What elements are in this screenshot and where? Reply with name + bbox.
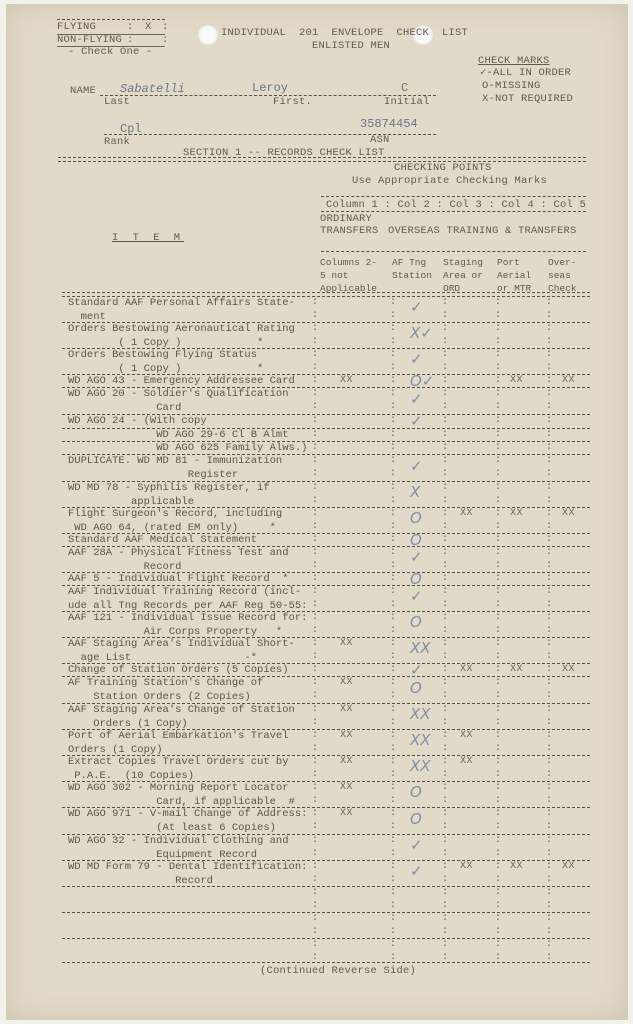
column-separator: : <box>546 926 552 938</box>
column-separator: : <box>390 482 396 494</box>
column-separator: : <box>390 677 396 689</box>
check-mark-c3: XX <box>460 664 473 675</box>
column-separator: : <box>495 612 501 624</box>
check-mark-c2: O <box>410 615 422 630</box>
column-separator: : <box>442 848 448 860</box>
column-separator: : <box>312 874 318 886</box>
column-separator: : <box>390 952 396 964</box>
column-separator: : <box>442 508 448 520</box>
table-row-item: Orders Bestowing Aeronautical Rating ( 1… <box>68 323 295 350</box>
initial-label: Initial <box>384 96 430 108</box>
col2to5-group-header: OVERSEAS TRAINING & TRANSFERS <box>388 225 577 237</box>
column-separator: : <box>546 442 552 454</box>
column-separator: : <box>442 861 448 873</box>
column-separator: : <box>442 521 448 533</box>
column-separator: : <box>495 468 501 480</box>
column-separator: : <box>390 821 396 833</box>
column-separator: : <box>442 704 448 716</box>
column-separator: : <box>442 808 448 820</box>
table-row-item: Flight Surgeon's Record, including WD AG… <box>68 508 282 535</box>
check-mark-c4: XX <box>510 375 523 386</box>
item-column-header: I T E M <box>112 232 184 244</box>
column-separator: : <box>546 638 552 650</box>
column-separator: : <box>495 310 501 322</box>
col1-header: Columns 2- 5 not Applicable <box>320 256 377 295</box>
check-mark-c1: XX <box>340 782 353 793</box>
column-separator: : <box>442 677 448 689</box>
check-mark-c2: ✓ <box>410 392 423 407</box>
legend-item-all-in-order: ✓-ALL IN ORDER <box>480 67 571 79</box>
column-separator: : <box>390 442 396 454</box>
section-divider <box>58 157 586 162</box>
column-separator: : <box>312 638 318 650</box>
column-separator: : <box>390 874 396 886</box>
column-separator: : <box>390 717 396 729</box>
check-mark-c2: X <box>410 485 420 500</box>
last-label: Last <box>104 96 130 108</box>
column-separator: : <box>312 926 318 938</box>
column-separator: : <box>390 297 396 309</box>
last-name-value: Sabatelli <box>120 82 185 96</box>
column-separator: : <box>312 743 318 755</box>
column-separator: : <box>390 848 396 860</box>
column-separator: : <box>390 926 396 938</box>
check-mark-c2: X✓ <box>410 326 433 341</box>
column-separator: : <box>390 861 396 873</box>
column-separator: : <box>495 756 501 768</box>
check-mark-c5: XX <box>562 664 575 675</box>
column-separator: : <box>495 848 501 860</box>
column-separator: : <box>546 468 552 480</box>
column-separator: : <box>546 521 552 533</box>
column-separator: : <box>312 573 318 585</box>
legend-item-not-required: X-NOT REQUIRED <box>482 93 573 105</box>
column-separator: : <box>442 612 448 624</box>
column-separator: : <box>546 508 552 520</box>
column-separator: : <box>442 651 448 663</box>
column-separator: : <box>442 900 448 912</box>
column-separator: : <box>312 704 318 716</box>
check-mark-c2: XX <box>410 707 431 722</box>
table-row-item: WD AGO 43 - Emergency Addressee Card <box>68 375 295 389</box>
column-separator: : <box>546 887 552 899</box>
table-row-item: DUPLICATE. WD MD 81 - Immunization Regis… <box>68 455 282 482</box>
column-separator: : <box>442 468 448 480</box>
column-separator: : <box>312 375 318 387</box>
column-separator: : <box>495 913 501 925</box>
check-mark-c2: O <box>410 572 422 587</box>
column-separator: : <box>442 429 448 441</box>
column-separator: : <box>312 415 318 427</box>
column-separator: : <box>495 861 501 873</box>
column-separator: : <box>495 375 501 387</box>
check-mark-c2: ✓ <box>410 550 423 565</box>
column-separator: : <box>312 848 318 860</box>
column-separator: : <box>442 388 448 400</box>
column-separator: : <box>390 756 396 768</box>
column-separator: : <box>312 401 318 413</box>
column-separator: : <box>390 388 396 400</box>
column-separator: : <box>390 508 396 520</box>
column-separator: : <box>495 415 501 427</box>
column-separator: : <box>546 756 552 768</box>
check-mark-c2: XX <box>410 641 431 656</box>
divider <box>321 251 586 252</box>
check-mark-c1: XX <box>340 677 353 688</box>
flying-label: FLYING <box>57 21 96 33</box>
column-separator: : <box>546 310 552 322</box>
column-separator: : <box>312 297 318 309</box>
column-separator: : <box>442 482 448 494</box>
column-separator: : <box>312 677 318 689</box>
column-separator: : <box>495 388 501 400</box>
first-label: First. <box>273 96 312 108</box>
column-separator: : <box>442 835 448 847</box>
column-separator: : <box>495 336 501 348</box>
column-separator: : <box>546 547 552 559</box>
checking-instruction: Use Appropriate Checking Marks <box>352 175 547 187</box>
column-separator: : <box>495 835 501 847</box>
column-separator: : <box>442 415 448 427</box>
column-separator: : <box>312 612 318 624</box>
column-separator: : <box>495 349 501 361</box>
column-separator: : <box>390 429 396 441</box>
check-mark-c1: XX <box>340 730 353 741</box>
check-mark-c3: XX <box>460 756 473 767</box>
column-separator: : <box>442 323 448 335</box>
table-row-item: WD AGO 32 - Individual Clothing and Equi… <box>68 835 289 862</box>
check-mark-c3: XX <box>460 730 473 741</box>
column-separator: : <box>495 769 501 781</box>
check-mark-c5: XX <box>562 861 575 872</box>
column-separator: : <box>495 429 501 441</box>
column-separator: : <box>495 547 501 559</box>
column-separator: : <box>546 560 552 572</box>
check-mark-c5: XX <box>562 508 575 519</box>
column-separator: : <box>495 717 501 729</box>
column-separator: : <box>390 664 396 676</box>
col2-header: AF Tng Station <box>392 256 432 282</box>
divider <box>321 211 586 212</box>
column-separator: : <box>312 349 318 361</box>
column-separator: : <box>442 349 448 361</box>
check-mark-c1: XX <box>340 375 353 386</box>
column-separator: : <box>442 336 448 348</box>
table-row-item: AAF Staging Area's Change of Station Ord… <box>68 704 295 731</box>
check-mark-c2: O <box>410 785 422 800</box>
column-separator: : <box>546 362 552 374</box>
column-separator: : <box>442 455 448 467</box>
check-mark-c1: XX <box>340 808 353 819</box>
column-separator: : <box>390 913 396 925</box>
column-separator: : <box>546 336 552 348</box>
column-separator: : <box>495 926 501 938</box>
column-separator: : <box>312 952 318 964</box>
table-row-item: Standard AAF Personal Affairs State- men… <box>68 297 295 324</box>
column-separator: : <box>390 336 396 348</box>
column-separator: : <box>495 482 501 494</box>
column-separator: : <box>546 323 552 335</box>
asn-label: ASN <box>370 134 390 146</box>
check-mark-c1: XX <box>340 756 353 767</box>
check-mark-c2: ✓ <box>410 589 423 604</box>
check-mark-c2: ✓ <box>410 459 423 474</box>
column-separator: : <box>390 638 396 650</box>
column-separator: : <box>495 821 501 833</box>
column-separator: : <box>312 690 318 702</box>
column-separator: : <box>546 401 552 413</box>
column-separator: : <box>312 651 318 663</box>
column-separator: : <box>546 952 552 964</box>
column-separator: : <box>390 782 396 794</box>
table-row-item: Port of Aerial Embarkation's Travel Orde… <box>68 730 289 757</box>
column-separator: : <box>390 586 396 598</box>
table-row-item: Change of Station Orders (5 Copies) <box>68 664 289 678</box>
check-mark-c4: XX <box>510 664 523 675</box>
column-separator: : <box>442 821 448 833</box>
check-mark-c2: O <box>410 681 422 696</box>
column-separator: : <box>312 717 318 729</box>
column-separator: : <box>442 939 448 951</box>
column-separator: : <box>442 769 448 781</box>
column-separator: : <box>390 835 396 847</box>
table-row-item: AF Training Station's Change of Station … <box>68 677 263 704</box>
column-separator: : <box>390 808 396 820</box>
column-separator: : <box>390 415 396 427</box>
column-separator: : <box>390 495 396 507</box>
column-separator: : <box>442 534 448 546</box>
rank-label: Rank <box>104 136 130 148</box>
column-separator: : <box>495 782 501 794</box>
column-separator: : <box>546 482 552 494</box>
column-separator: : <box>442 926 448 938</box>
column-separator: : <box>312 861 318 873</box>
column-separator: : <box>442 297 448 309</box>
column-separator: : <box>390 534 396 546</box>
table-row-item: WD AGO 625 Family Alws.) <box>68 442 307 456</box>
column-separator: : <box>546 939 552 951</box>
column-separator: : <box>546 495 552 507</box>
non-flying-label: NON-FLYING <box>57 34 122 46</box>
column-separator: : <box>495 534 501 546</box>
column-separator: : <box>390 690 396 702</box>
column-separator: : <box>442 573 448 585</box>
table-row-item: AAF Individual Training Record (incl- ud… <box>68 586 307 613</box>
column-separator: : <box>495 625 501 637</box>
column-separator: : <box>495 874 501 886</box>
column-separator: : <box>312 599 318 611</box>
column-separator: : <box>312 534 318 546</box>
column-separator: : <box>390 310 396 322</box>
column-separator: : <box>442 874 448 886</box>
column-separator: : <box>546 375 552 387</box>
column-separator: : <box>546 388 552 400</box>
divider <box>321 196 586 197</box>
column-separator: : <box>495 455 501 467</box>
column-separator: : <box>495 442 501 454</box>
table-row-item: AAF Staging Area's Individual Short- age… <box>68 638 295 665</box>
table-row-item: AAF 121 - Individual Issue Record for: A… <box>68 612 307 639</box>
check-mark-c3: XX <box>460 508 473 519</box>
column-separator: : <box>546 717 552 729</box>
column-separator: : <box>495 495 501 507</box>
column-separator: : <box>546 835 552 847</box>
check-mark-c2: XX <box>410 733 431 748</box>
column-separator: : <box>312 362 318 374</box>
column-separator: : <box>312 521 318 533</box>
column-separator: : <box>312 586 318 598</box>
column-separator: : <box>495 638 501 650</box>
column-separator: : <box>312 756 318 768</box>
check-mark-c2: ✓ <box>410 300 423 315</box>
column-separator: : <box>442 913 448 925</box>
column-separator: : <box>312 900 318 912</box>
column-separator: : <box>312 547 318 559</box>
column-separator: : <box>390 900 396 912</box>
column-separator: : <box>546 677 552 689</box>
column-separator: : <box>495 362 501 374</box>
column-separator: : <box>495 323 501 335</box>
column-separator: : <box>312 769 318 781</box>
column-separator: : <box>390 612 396 624</box>
check-mark-c2: ✓ <box>410 414 423 429</box>
check-mark-c2: O <box>410 812 422 827</box>
column-separator: : <box>442 638 448 650</box>
first-name-value: Leroy <box>252 81 288 95</box>
column-separator: : <box>312 939 318 951</box>
column-separator: : <box>312 730 318 742</box>
column-separator: : <box>546 900 552 912</box>
column-separator: : <box>312 442 318 454</box>
check-mark-c2: ✓ <box>410 838 423 853</box>
column-separator: : <box>495 743 501 755</box>
column-separator: : <box>390 375 396 387</box>
column-separator: : <box>546 429 552 441</box>
col4-header: Port Aerial or MTR <box>497 256 531 295</box>
column-separator: : <box>546 586 552 598</box>
column-separator: : <box>442 664 448 676</box>
column-separator: : <box>312 782 318 794</box>
col3-header: Staging Area or ORD <box>443 256 483 295</box>
column-separator: : <box>495 560 501 572</box>
column-separator: : <box>495 730 501 742</box>
column-separator: : <box>390 455 396 467</box>
column-separator: : <box>390 547 396 559</box>
column-separator: : <box>390 730 396 742</box>
column-separator: : <box>442 560 448 572</box>
table-row-item: AAF 28A - Physical Fitness Test and Reco… <box>68 547 289 574</box>
column-separator: : <box>442 310 448 322</box>
column-separator: : <box>495 508 501 520</box>
column-separator: : <box>546 297 552 309</box>
check-one-instruction: - Check One - <box>68 46 153 58</box>
column-separator: : <box>442 362 448 374</box>
table-row-item: WD MD 78 - Syphilis Register, if applica… <box>68 482 270 509</box>
check-mark-c2: ✓ <box>410 663 423 678</box>
column-separator: : <box>390 560 396 572</box>
colon: : <box>162 21 169 33</box>
column-separator: : <box>312 821 318 833</box>
table-row-item: WD AGO 24 - (With copy <box>68 415 207 429</box>
checking-points-header: CHECKING POINTS <box>394 162 492 174</box>
column-separator: : <box>442 717 448 729</box>
column-separator: : <box>495 900 501 912</box>
column-separator: : <box>495 599 501 611</box>
column-separator: : <box>312 508 318 520</box>
column-separator: : <box>546 782 552 794</box>
column-separator: : <box>442 625 448 637</box>
column-separator: : <box>442 690 448 702</box>
column-separator: : <box>546 664 552 676</box>
column-separator: : <box>390 939 396 951</box>
column-separator: : <box>546 769 552 781</box>
column-separator: : <box>390 795 396 807</box>
column-separator: : <box>390 599 396 611</box>
table-row-item: WD AGO 302 - Morning Report Locator Card… <box>68 782 295 809</box>
column-separator: : <box>546 612 552 624</box>
table-row-item: WD MD Form 79 - Dental Identification: R… <box>68 861 307 888</box>
column-separator: : <box>312 310 318 322</box>
column-separator: : <box>546 415 552 427</box>
check-mark-c1: XX <box>340 638 353 649</box>
check-mark-c5: XX <box>562 375 575 386</box>
check-mark-c2: O <box>410 511 422 526</box>
column-separator: : <box>495 795 501 807</box>
col5-header: Over- seas Check <box>548 256 577 295</box>
table-row-item: WD AGO 971 - V-mail Change of Address: (… <box>68 808 307 835</box>
column-separator: : <box>390 887 396 899</box>
column-separator: : <box>442 756 448 768</box>
column-separator: : <box>495 297 501 309</box>
column-separator: : <box>546 704 552 716</box>
column-separator: : <box>390 743 396 755</box>
column-separator: : <box>546 730 552 742</box>
column-separator: : <box>312 482 318 494</box>
punch-hole-left <box>198 25 218 45</box>
column-separator: : <box>546 349 552 361</box>
column-separator: : <box>495 808 501 820</box>
column-separator: : <box>312 336 318 348</box>
form-subtitle: ENLISTED MEN <box>312 40 390 52</box>
column-separator: : <box>546 625 552 637</box>
column-separator: : <box>312 913 318 925</box>
column-separator: : <box>546 861 552 873</box>
column-separator: : <box>495 521 501 533</box>
column-separator: : <box>442 495 448 507</box>
column-separator: : <box>442 375 448 387</box>
table-row-item: Extract Copies Travel Orders cut by P.A.… <box>68 756 289 783</box>
row-divider <box>62 962 590 963</box>
flying-colon: : <box>127 21 134 33</box>
column-separator: : <box>495 573 501 585</box>
check-marks-legend-title: CHECK MARKS <box>478 55 550 67</box>
check-mark-c2: ✓ <box>410 352 423 367</box>
column-separator: : <box>495 939 501 951</box>
table-row-item: AAF 5 - Individual Flight Record * <box>68 573 289 587</box>
check-mark-c2: O✓ <box>410 374 434 389</box>
column-separator: : <box>546 651 552 663</box>
continued-footer: (Continued Reverse Side) <box>260 965 416 977</box>
colon: : <box>162 34 169 46</box>
column-separator: : <box>312 468 318 480</box>
column-separator: : <box>546 848 552 860</box>
divider <box>57 19 165 20</box>
column-separator: : <box>442 442 448 454</box>
check-mark-c4: XX <box>510 861 523 872</box>
column-separator: : <box>546 690 552 702</box>
column-separator: : <box>546 821 552 833</box>
column-separator: : <box>546 573 552 585</box>
